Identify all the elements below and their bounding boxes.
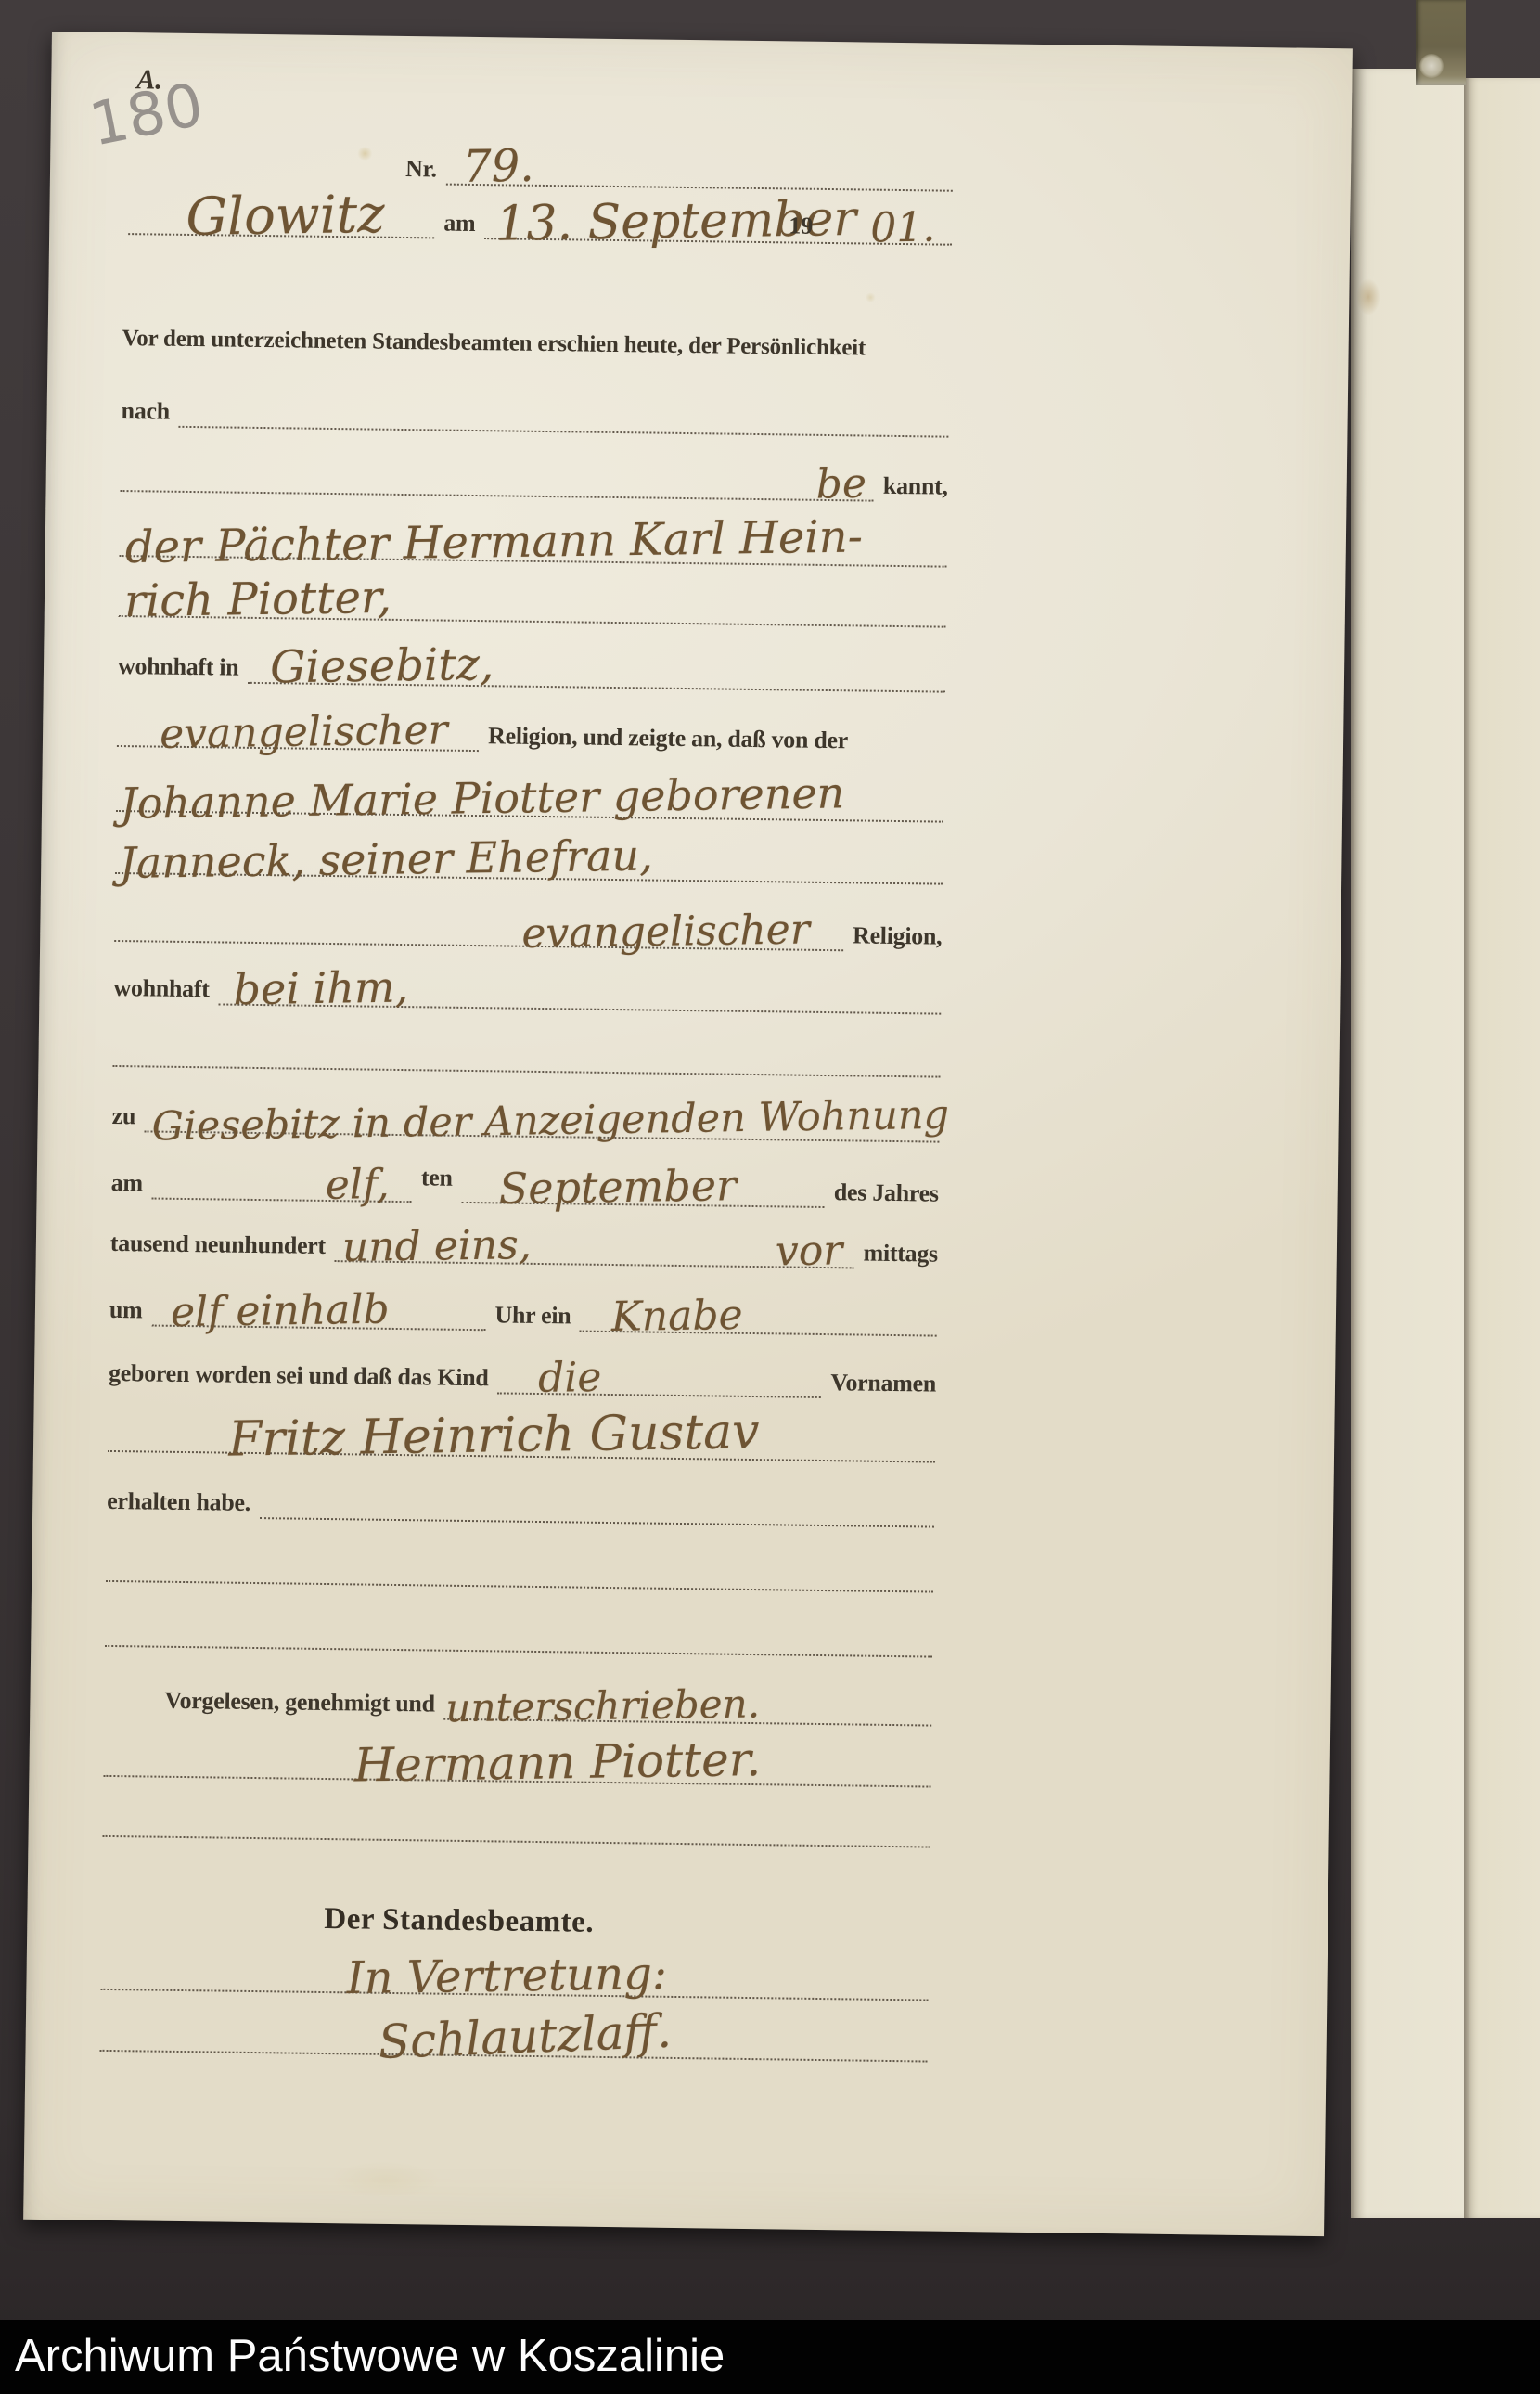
declarant-signature-handwritten: Hermann Piotter.	[353, 1732, 761, 1792]
mittags-label: mittags	[863, 1242, 938, 1270]
ruled-field: bei ihm,	[218, 949, 942, 1014]
place-date-line: Glowitz am 13. September 19 01.	[128, 142, 953, 246]
am-day-label: am	[111, 1171, 143, 1199]
mother-handwritten-2: Janneck, seiner Ehefrau,	[119, 830, 653, 889]
ruled-field: evangelischer	[114, 886, 843, 951]
birthplace-handwritten: Giesebitz in der Anzeigenden Wohnung	[152, 1092, 950, 1151]
uhr-ein-label: Uhr ein	[494, 1303, 571, 1332]
far-page-edge	[1464, 78, 1540, 2218]
day-ruled-field: elf,	[152, 1144, 413, 1203]
year-prefix-printed: 19	[789, 212, 813, 239]
intro-printed-line: Vor dem unterzeichneten Standesbeamten e…	[122, 326, 952, 363]
month-ruled-field: September	[461, 1148, 825, 1208]
empty-ruled-field	[103, 1800, 930, 1848]
birth-year-line: tausend neunhundert und eins, vor mittag…	[110, 1203, 939, 1270]
ruled-field: Fritz Heinrich Gustav	[108, 1378, 936, 1463]
binding-stitch-detail	[1419, 54, 1444, 78]
zu-label: zu	[111, 1104, 135, 1132]
archive-caption-bar: Archiwum Państwowe w Koszalinie	[0, 2320, 1540, 2394]
received-label: erhalten habe.	[107, 1489, 250, 1519]
nach-line: nach	[121, 375, 949, 438]
year-value-handwritten: und eins,	[342, 1221, 533, 1271]
registry-form-page: A. 180 Nr. 79. Glowitz am 13. September …	[23, 32, 1353, 2236]
des-jahres-label: des Jahres	[834, 1180, 939, 1209]
empty-ruled-field	[105, 1610, 932, 1658]
place-ruled-field: Glowitz	[128, 142, 435, 238]
blank-line	[106, 1545, 933, 1593]
ten-suffix-printed: ten	[421, 1165, 453, 1203]
residence2-label: wohnhaft	[113, 976, 209, 1005]
time-handwritten: elf einhalb	[170, 1286, 389, 1336]
ruled-field: rich Piotter,	[119, 543, 947, 628]
residence-line: wohnhaft in Giesebitz,	[118, 626, 946, 693]
nach-label: nach	[121, 399, 170, 428]
archive-caption-text: Archiwum Państwowe w Koszalinie	[0, 2320, 1540, 2392]
birth-time-line: um elf einhalb Uhr ein Knabe	[109, 1270, 938, 1337]
birth-day-line: am elf, ten September des Jahres	[111, 1143, 940, 1210]
residence-line-2: wohnhaft bei ihm,	[113, 948, 942, 1015]
child-names-line: Fritz Heinrich Gustav	[108, 1378, 936, 1463]
residence-label: wohnhaft in	[118, 654, 239, 684]
underlying-page-edge	[1351, 69, 1466, 2218]
year-handwritten: 01.	[870, 204, 936, 252]
ruled-field: Schlautzlaff.	[100, 1977, 929, 2063]
date-ruled-field: 13. September 19 01.	[484, 147, 953, 246]
place-handwritten: Glowitz	[186, 185, 385, 248]
blank-line	[103, 1800, 930, 1848]
religion2-handwritten: evangelischer	[521, 906, 810, 958]
mother-line-2: Janneck, seiner Ehefrau,	[115, 800, 943, 885]
um-label: um	[109, 1298, 143, 1326]
paper-stain	[329, 2160, 442, 2199]
declarant-signature-line: Hermann Piotter.	[103, 1703, 931, 1788]
child-sex-handwritten: Knabe	[611, 1292, 743, 1341]
day-handwritten: elf,	[326, 1161, 391, 1209]
year-ruled-field: und eins, vor	[335, 1206, 855, 1268]
birthplace-line: zu Giesebitz in der Anzeigenden Wohnung	[111, 1067, 940, 1143]
registrar-signature-line: Schlautzlaff.	[100, 1977, 929, 2063]
year-prefix-label: tausend neunhundert	[110, 1231, 326, 1262]
empty-ruled-field	[179, 376, 949, 438]
meridiem-handwritten: vor	[776, 1227, 843, 1275]
empty-ruled-field	[106, 1545, 933, 1593]
residence-handwritten: Giesebitz,	[270, 638, 494, 694]
declarant-line-2: rich Piotter,	[119, 543, 947, 628]
archive-photo: A. 180 Nr. 79. Glowitz am 13. September …	[0, 0, 1540, 2394]
residence2-handwritten: bei ihm,	[233, 961, 408, 1014]
paper-stain	[865, 292, 876, 302]
ruled-field: Giesebitz,	[248, 628, 945, 693]
sex-ruled-field: Knabe	[580, 1277, 937, 1337]
am-label: am	[443, 212, 475, 239]
religion2-printed: Religion,	[853, 923, 943, 952]
received-line: erhalten habe.	[107, 1461, 935, 1528]
empty-ruled-field	[260, 1463, 935, 1528]
blank-line	[105, 1610, 932, 1658]
ruled-field: Giesebitz in der Anzeigenden Wohnung	[145, 1067, 940, 1142]
month-handwritten: September	[498, 1160, 737, 1214]
declarant-handwritten-2: rich Piotter,	[124, 572, 392, 627]
registrar-signature-handwritten: Schlautzlaff.	[378, 2004, 673, 2069]
child-names-handwritten: Fritz Heinrich Gustav	[228, 1404, 760, 1467]
ruled-field: Janneck, seiner Ehefrau,	[115, 800, 943, 885]
time-ruled-field: elf einhalb	[151, 1271, 486, 1332]
religion-line-2: evangelischer Religion,	[114, 886, 943, 953]
ruled-field: Hermann Piotter.	[103, 1703, 931, 1788]
